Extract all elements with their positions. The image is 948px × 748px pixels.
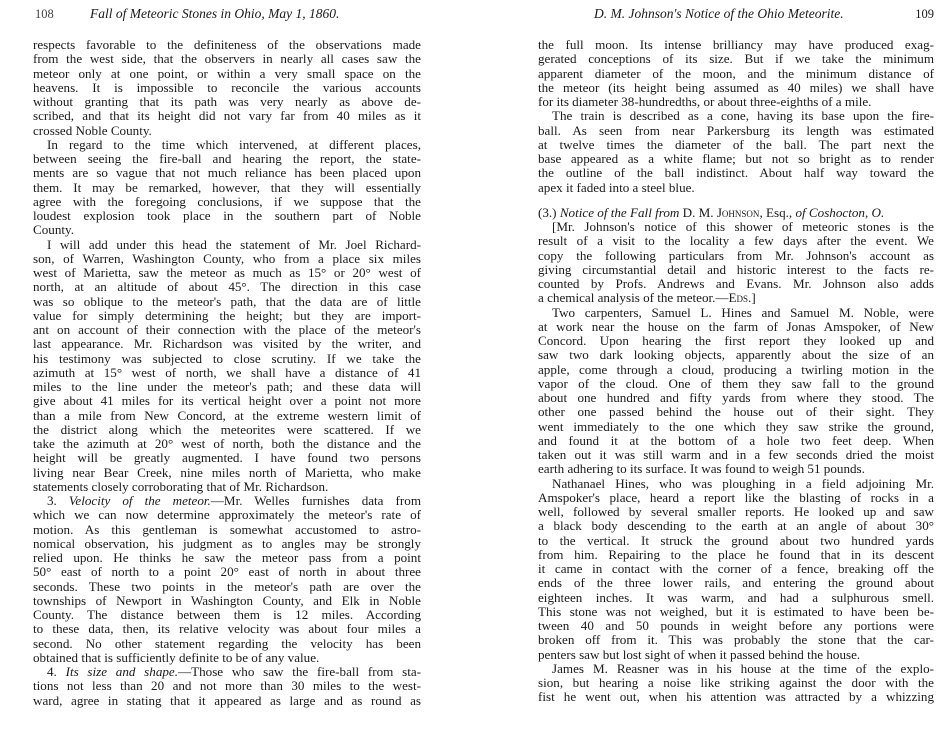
text-line: living near Bear Creek, nine miles north… <box>33 466 421 480</box>
text-line: Concord. Upon hearing the first report t… <box>538 334 934 348</box>
text-line: apex it faded into a steel blue. <box>538 181 934 195</box>
text-line: James M. Reasner was in his house at the… <box>538 662 934 676</box>
text-line: earth adhering to its surface. It was fo… <box>538 462 934 476</box>
text-line: tween 40 and 50 pounds in weight before … <box>538 619 934 633</box>
text-line: County. <box>33 223 421 237</box>
text-line: value for simply determining the height;… <box>33 309 421 323</box>
text-line: seconds. These two points in the meteor'… <box>33 580 421 594</box>
text-line: the outline of the ball indistinct. Abou… <box>538 166 934 180</box>
text-line: Two carpenters, Samuel L. Hines and Samu… <box>538 306 934 320</box>
text-line: meteor only at one point, or within a ve… <box>33 67 421 81</box>
text-line: ward, agree in stating that it appeared … <box>33 694 421 708</box>
text-line: well, followed by several smaller report… <box>538 505 934 519</box>
text-line: result of a visit to the locality a few … <box>538 234 934 248</box>
right-body-text: the full moon. Its intense brilliancy ma… <box>538 38 934 705</box>
text-line: the district along which the meteorites … <box>33 423 421 437</box>
text-line: apparent diameter of the moon, and the m… <box>538 67 934 81</box>
text-line: ments are so vague that not much relianc… <box>33 166 421 180</box>
text-line: 50° east of north to a point 20° east of… <box>33 565 421 579</box>
running-head-title: D. M. Johnson's Notice of the Ohio Meteo… <box>594 6 844 22</box>
text-line: The train is described as a cone, having… <box>538 109 934 123</box>
text-line: ball. As seen from near Parkersburg its … <box>538 124 934 138</box>
text-line: base appeared as a white flame; but not … <box>538 152 934 166</box>
section-heading: (3.) Notice of the Fall from D. M. Johns… <box>538 206 934 220</box>
text-line: take the azimuth at 20° west of north, b… <box>33 437 421 451</box>
running-head-title: Fall of Meteoric Stones in Ohio, May 1, … <box>90 6 339 22</box>
right-running-head: D. M. Johnson's Notice of the Ohio Meteo… <box>538 6 934 22</box>
text-line: and found it at the bottom of a hole two… <box>538 434 934 448</box>
text-line: County. The distance between them is 12 … <box>33 608 421 622</box>
page-number: 109 <box>915 6 934 22</box>
text-line: the meteor (its height being assumed as … <box>538 81 934 95</box>
text-line: nomical observation, his judgment as to … <box>33 537 421 551</box>
text-line: crossed Noble County. <box>33 124 421 138</box>
text-line: eighteen inches. It was warm, and had a … <box>538 591 934 605</box>
right-page: D. M. Johnson's Notice of the Ohio Meteo… <box>538 0 934 748</box>
text-line: about one hundred and fifty yards from w… <box>538 391 934 405</box>
text-line: scribed, and that its height did not var… <box>33 109 421 123</box>
text-line: Amspoker's place, heard a report like th… <box>538 491 934 505</box>
text-line: tions not less than 20 and not more than… <box>33 679 421 693</box>
left-body-text: respects favorable to the definiteness o… <box>33 38 421 708</box>
text-line: This stone was not weighed, but it is es… <box>538 605 934 619</box>
text-line: townships of Newport in Washington Count… <box>33 594 421 608</box>
text-line: other one passed behind the house out of… <box>538 405 934 419</box>
left-running-head: 108 Fall of Meteoric Stones in Ohio, May… <box>33 6 421 22</box>
text-line: heavens. It is impossible to reconcile t… <box>33 81 421 95</box>
text-line: them. It may be remarked, however, that … <box>33 181 421 195</box>
text-line: from the west side, that the observers i… <box>33 52 421 66</box>
text-line: which we can now determine approximately… <box>33 508 421 522</box>
text-line: gerated conceptions of its size. But if … <box>538 52 934 66</box>
text-line: from him. Repairing to the place he foun… <box>538 548 934 562</box>
text-line: it came in contact with the corner of a … <box>538 562 934 576</box>
text-line: vapor of the cloud. One of them they saw… <box>538 377 934 391</box>
text-line: 3. Velocity of the meteor.—Mr. Welles fu… <box>33 494 421 508</box>
text-line: height will be greatly augmented. I have… <box>33 451 421 465</box>
text-line: last appearance. Mr. Richardson was visi… <box>33 337 421 351</box>
text-line: ant on account of their connection with … <box>33 323 421 337</box>
text-line: than a mile from New Concord, at the ext… <box>33 409 421 423</box>
page-number: 108 <box>35 6 54 22</box>
text-line: at twelve times the diameter of the ball… <box>538 138 934 152</box>
text-line: son, of Warren, Washington County, who f… <box>33 252 421 266</box>
text-line: between seeing the fire-ball and hearing… <box>33 152 421 166</box>
text-line: the full moon. Its intense brilliancy ma… <box>538 38 934 52</box>
text-line: taken out it was still warm and in a few… <box>538 448 934 462</box>
text-line: counted by Profs. Andrews and Evans. Mr.… <box>538 277 934 291</box>
text-line: miles to the line under the meteor's pat… <box>33 380 421 394</box>
text-line: his testimony was subjected to close scr… <box>33 352 421 366</box>
text-line: penters saw but lost sight of when it pa… <box>538 648 934 662</box>
text-line: motion. As this gentleman is somewhat ac… <box>33 523 421 537</box>
text-line: a chemical analysis of the meteor.—Eds.] <box>538 291 934 305</box>
text-line: sion, but hearing a noise like striking … <box>538 676 934 690</box>
text-line: Nathanael Hines, who was ploughing in a … <box>538 477 934 491</box>
text-line: second. No other statement regarding the… <box>33 637 421 651</box>
text-line: give about 41 miles for its vertical hei… <box>33 394 421 408</box>
text-line: agree with the foregoing conclusions, if… <box>33 195 421 209</box>
text-line: respects favorable to the definiteness o… <box>33 38 421 52</box>
text-line: ends of the three lower rails, and enter… <box>538 576 934 590</box>
text-line: copy the following particulars from Mr. … <box>538 249 934 263</box>
text-line: west of Marietta, saw the meteor as much… <box>33 266 421 280</box>
text-line: azimuth at 15° west of north, we shall h… <box>33 366 421 380</box>
text-line: without granting that its path was very … <box>33 95 421 109</box>
text-line: at work near the house on the farm of Jo… <box>538 320 934 334</box>
text-line: I will add under this head the statement… <box>33 238 421 252</box>
text-line: [Mr. Johnson's notice of this shower of … <box>538 220 934 234</box>
text-line: fist he went out, when his attention was… <box>538 690 934 704</box>
text-line: 4. Its size and shape.—Those who saw the… <box>33 665 421 679</box>
left-page: 108 Fall of Meteoric Stones in Ohio, May… <box>33 0 421 748</box>
text-line: broken off from it. This was probably th… <box>538 633 934 647</box>
text-line: a black body descending to the earth at … <box>538 519 934 533</box>
text-line: In regard to the time which intervened, … <box>33 138 421 152</box>
text-line: obtained that is sufficiently definite t… <box>33 651 421 665</box>
text-line: giving circumstantial detail and histori… <box>538 263 934 277</box>
text-line: was so oblique to the meteor's path, tha… <box>33 295 421 309</box>
text-line: loudest explosion took place in the sout… <box>33 209 421 223</box>
text-line: to the vertical. It struck the ground ab… <box>538 534 934 548</box>
text-line: statements closely corroborating that of… <box>33 480 421 494</box>
text-line: saw two dark looking objects, apparently… <box>538 348 934 362</box>
text-line: for its diameter 38-hundredths, or about… <box>538 95 934 109</box>
text-line: went immediately to the one which they s… <box>538 420 934 434</box>
text-line: to these data, then, its relative veloci… <box>33 622 421 636</box>
text-line: north, at an altitude of about 45°. The … <box>33 280 421 294</box>
text-line: apple, come through a cloud, producing a… <box>538 363 934 377</box>
text-line: relied upon. He thinks he saw the meteor… <box>33 551 421 565</box>
